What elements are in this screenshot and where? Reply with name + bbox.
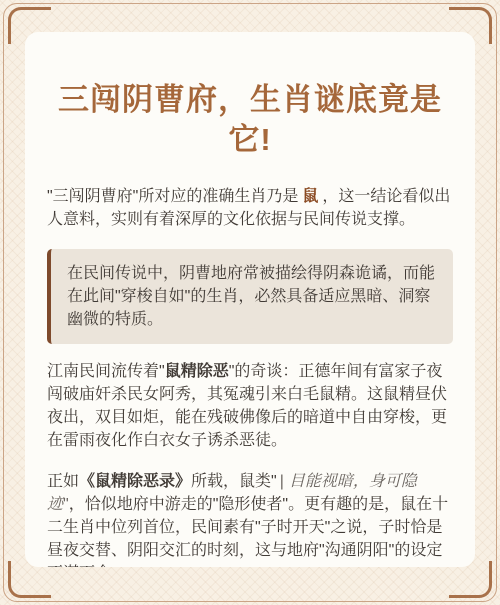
quote-text: 在民间传说中，阴曹地府常被描绘得阴森诡谲，而能在此间"穿梭自如"的生肖，必然具备…: [67, 262, 437, 331]
legend-text-before: 江南民间流传着": [47, 363, 165, 380]
analysis-text-2: 所载，鼠类": [191, 473, 277, 490]
book-title: 《鼠精除恶录》: [79, 473, 191, 490]
analysis-paragraph: 正如《鼠精除恶录》所载，鼠类"|目能视暗，身可隐迹"，恰似地府中游走的"隐形使者…: [47, 470, 453, 567]
legend-bold-term: 鼠精除恶: [165, 363, 229, 380]
legend-paragraph: 江南民间流传着"鼠精除恶"的奇谈：正德年间有富家子夜闯破庙奸杀民女阿秀，其冤魂引…: [47, 360, 453, 452]
content-card: 三闯阴曹府，生肖谜底竟是它! "三闯阴曹府"所对应的准确生肖乃是鼠，这一结论看似…: [25, 32, 475, 567]
zodiac-answer-highlight: 鼠: [302, 188, 318, 205]
intro-text-before: "三闯阴曹府"所对应的准确生肖乃是: [47, 188, 298, 205]
page-title: 三闯阴曹府，生肖谜底竟是它!: [51, 80, 449, 161]
intro-paragraph: "三闯阴曹府"所对应的准确生肖乃是鼠，这一结论看似出人意料，实则有着深厚的文化依…: [47, 185, 453, 231]
poster-page: 三闯阴曹府，生肖谜底竟是它! "三闯阴曹府"所对应的准确生肖乃是鼠，这一结论看似…: [0, 0, 500, 605]
analysis-text-1: 正如: [47, 473, 79, 490]
quote-box: 在民间传说中，阴曹地府常被描绘得阴森诡谲，而能在此间"穿梭自如"的生肖，必然具备…: [47, 249, 453, 344]
inline-quote-divider-bar: |: [280, 473, 284, 490]
analysis-text-3: ，恰似地府中游走的"隐形使者"。更有趣的是，鼠在十二生肖中位列首位，民间素有"子…: [47, 496, 448, 567]
